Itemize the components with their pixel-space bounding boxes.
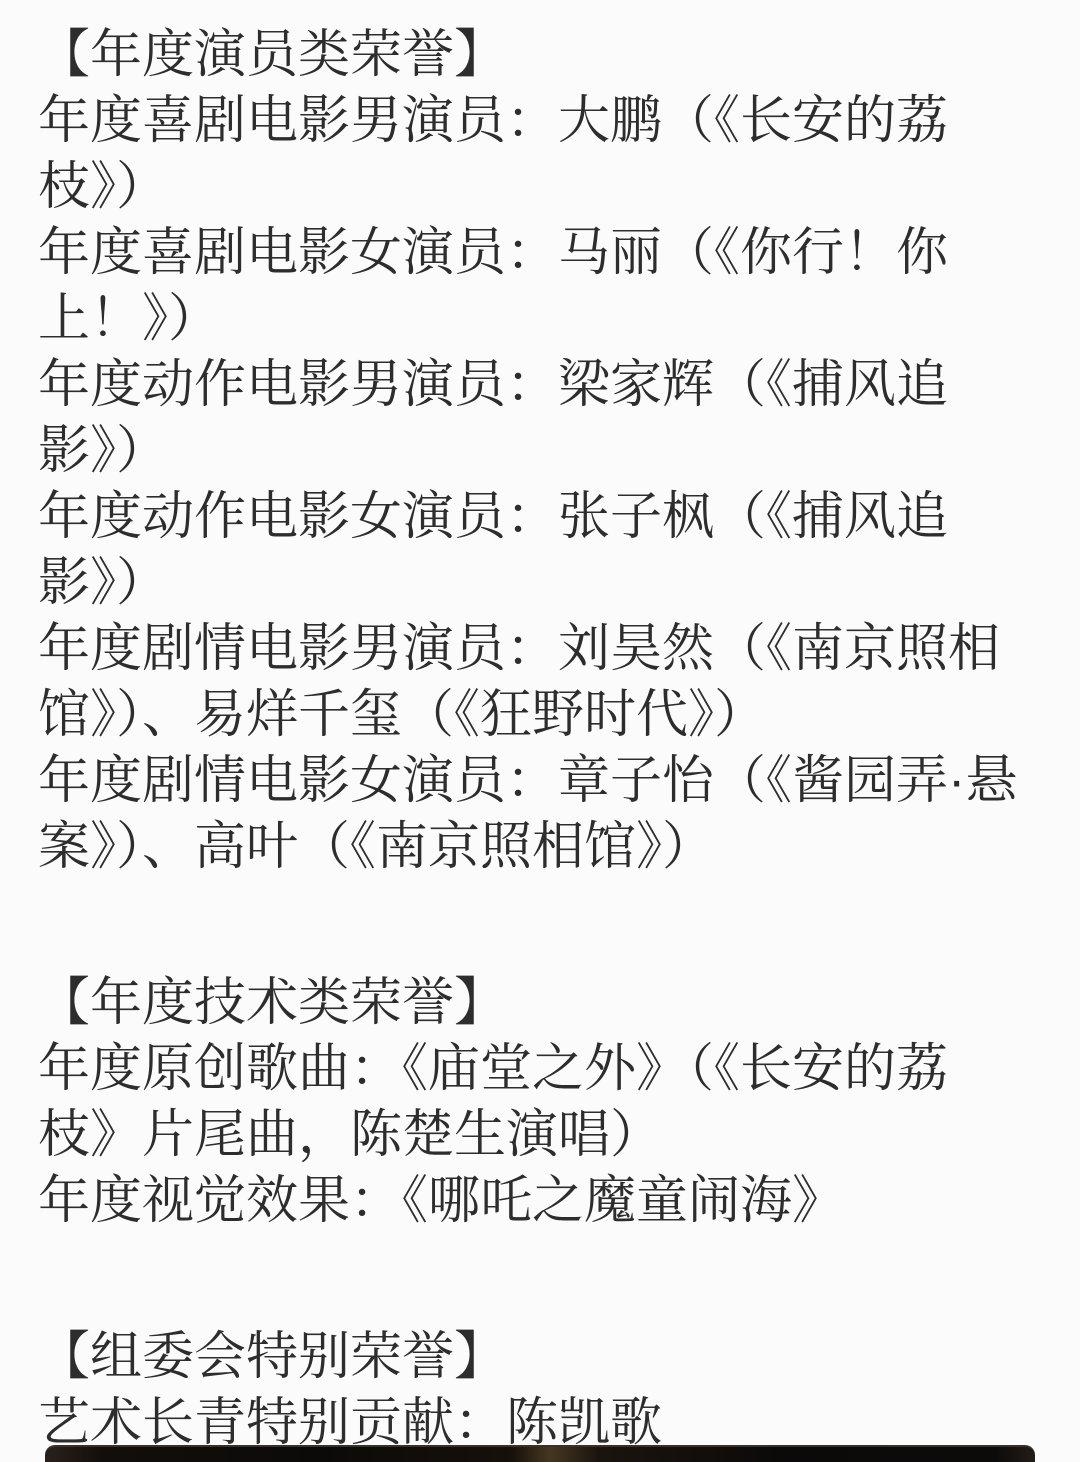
honor-entry-line: 馆》）、易烊千玺（《狂野时代》） [38, 682, 1042, 748]
honor-entry: 年度视觉效果：《哪吒之魔童闹海》 [38, 1168, 1042, 1234]
honor-entry-line: 枝》） [38, 154, 1042, 220]
honor-entry-line: 年度原创歌曲：《庙堂之外》（《长安的荔 [38, 1036, 1042, 1102]
honor-entry-line: 案》）、高叶（《南京照相馆》） [38, 814, 1042, 880]
honor-entry-line: 年度动作电影女演员：张子枫（《捕风追 [38, 484, 1042, 550]
honor-entry: 年度动作电影女演员：张子枫（《捕风追影》） [38, 484, 1042, 616]
honor-entry-line: 影》） [38, 418, 1042, 484]
honor-entry-line: 年度喜剧电影男演员：大鹏（《长安的荔 [38, 88, 1042, 154]
honor-entry-line: 年度喜剧电影女演员：马丽（《你行！你 [38, 220, 1042, 286]
honor-entry: 年度剧情电影女演员：章子怡（《酱园弄·悬案》）、高叶（《南京照相馆》） [38, 748, 1042, 880]
bottom-photo-edge [45, 1445, 1035, 1462]
honors-article: 【年度演员类荣誉】年度喜剧电影男演员：大鹏（《长安的荔枝》）年度喜剧电影女演员：… [0, 0, 1080, 1456]
honor-entry-line: 年度视觉效果：《哪吒之魔童闹海》 [38, 1168, 1042, 1234]
honor-entry: 年度动作电影男演员：梁家辉（《捕风追影》） [38, 352, 1042, 484]
honor-entry: 年度喜剧电影男演员：大鹏（《长安的荔枝》） [38, 88, 1042, 220]
honor-entry-line: 年度剧情电影女演员：章子怡（《酱园弄·悬 [38, 748, 1042, 814]
honor-section: 【组委会特别荣誉】艺术长青特别贡献：陈凯歌 [38, 1324, 1042, 1456]
honor-entry-line: 上！》） [38, 286, 1042, 352]
honor-entry: 年度喜剧电影女演员：马丽（《你行！你上！》） [38, 220, 1042, 352]
honor-entry: 年度剧情电影男演员：刘昊然（《南京照相馆》）、易烊千玺（《狂野时代》） [38, 616, 1042, 748]
honor-entry: 年度原创歌曲：《庙堂之外》（《长安的荔枝》片尾曲，陈楚生演唱） [38, 1036, 1042, 1168]
honor-entry-line: 年度动作电影男演员：梁家辉（《捕风追 [38, 352, 1042, 418]
honor-entry-line: 影》） [38, 550, 1042, 616]
honor-entry-line: 枝》片尾曲，陈楚生演唱） [38, 1102, 1042, 1168]
section-heading: 【年度技术类荣誉】 [38, 970, 1042, 1036]
section-heading: 【组委会特别荣誉】 [38, 1324, 1042, 1390]
honor-section: 【年度技术类荣誉】年度原创歌曲：《庙堂之外》（《长安的荔枝》片尾曲，陈楚生演唱）… [38, 970, 1042, 1234]
section-heading: 【年度演员类荣誉】 [38, 22, 1042, 88]
honor-section: 【年度演员类荣誉】年度喜剧电影男演员：大鹏（《长安的荔枝》）年度喜剧电影女演员：… [38, 22, 1042, 880]
honor-entry-line: 年度剧情电影男演员：刘昊然（《南京照相 [38, 616, 1042, 682]
